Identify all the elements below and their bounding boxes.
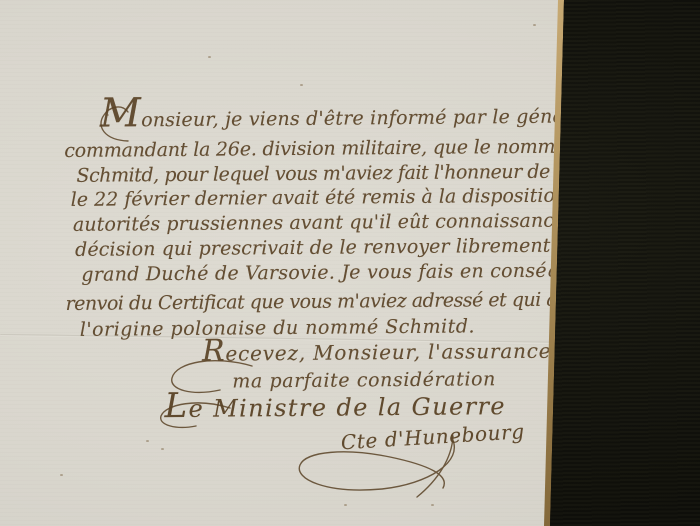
letter-line-8: renvoi du Certificat que vous m'aviez ad… bbox=[66, 290, 623, 314]
letter-line-4: le 22 février dernier avait été remis à … bbox=[71, 186, 607, 210]
letter-line-1: Monsieur, je viens d'être informé par le… bbox=[100, 107, 591, 130]
closing-line-2: ma parfaite considération bbox=[232, 370, 496, 391]
letter-photograph: Monsieur, je viens d'être informé par le… bbox=[0, 0, 700, 526]
signer-title: Le Ministre de la Guerre bbox=[164, 394, 506, 421]
closing-line-1: Recevez, Monsieur, l'assurance de bbox=[202, 340, 585, 363]
letter-line-9: l'origine polonaise du nommé Schmitd. bbox=[80, 317, 475, 339]
signature: Cte d'Hunebourg bbox=[340, 421, 525, 452]
letter-line-3: Schmitd, pour lequel vous m'aviez fait l… bbox=[76, 162, 632, 186]
letter-line-5: autorités prussiennes avant qu'il eût co… bbox=[73, 211, 631, 235]
letter-line-6: décision qui prescrivait de le renvoyer … bbox=[75, 236, 626, 260]
